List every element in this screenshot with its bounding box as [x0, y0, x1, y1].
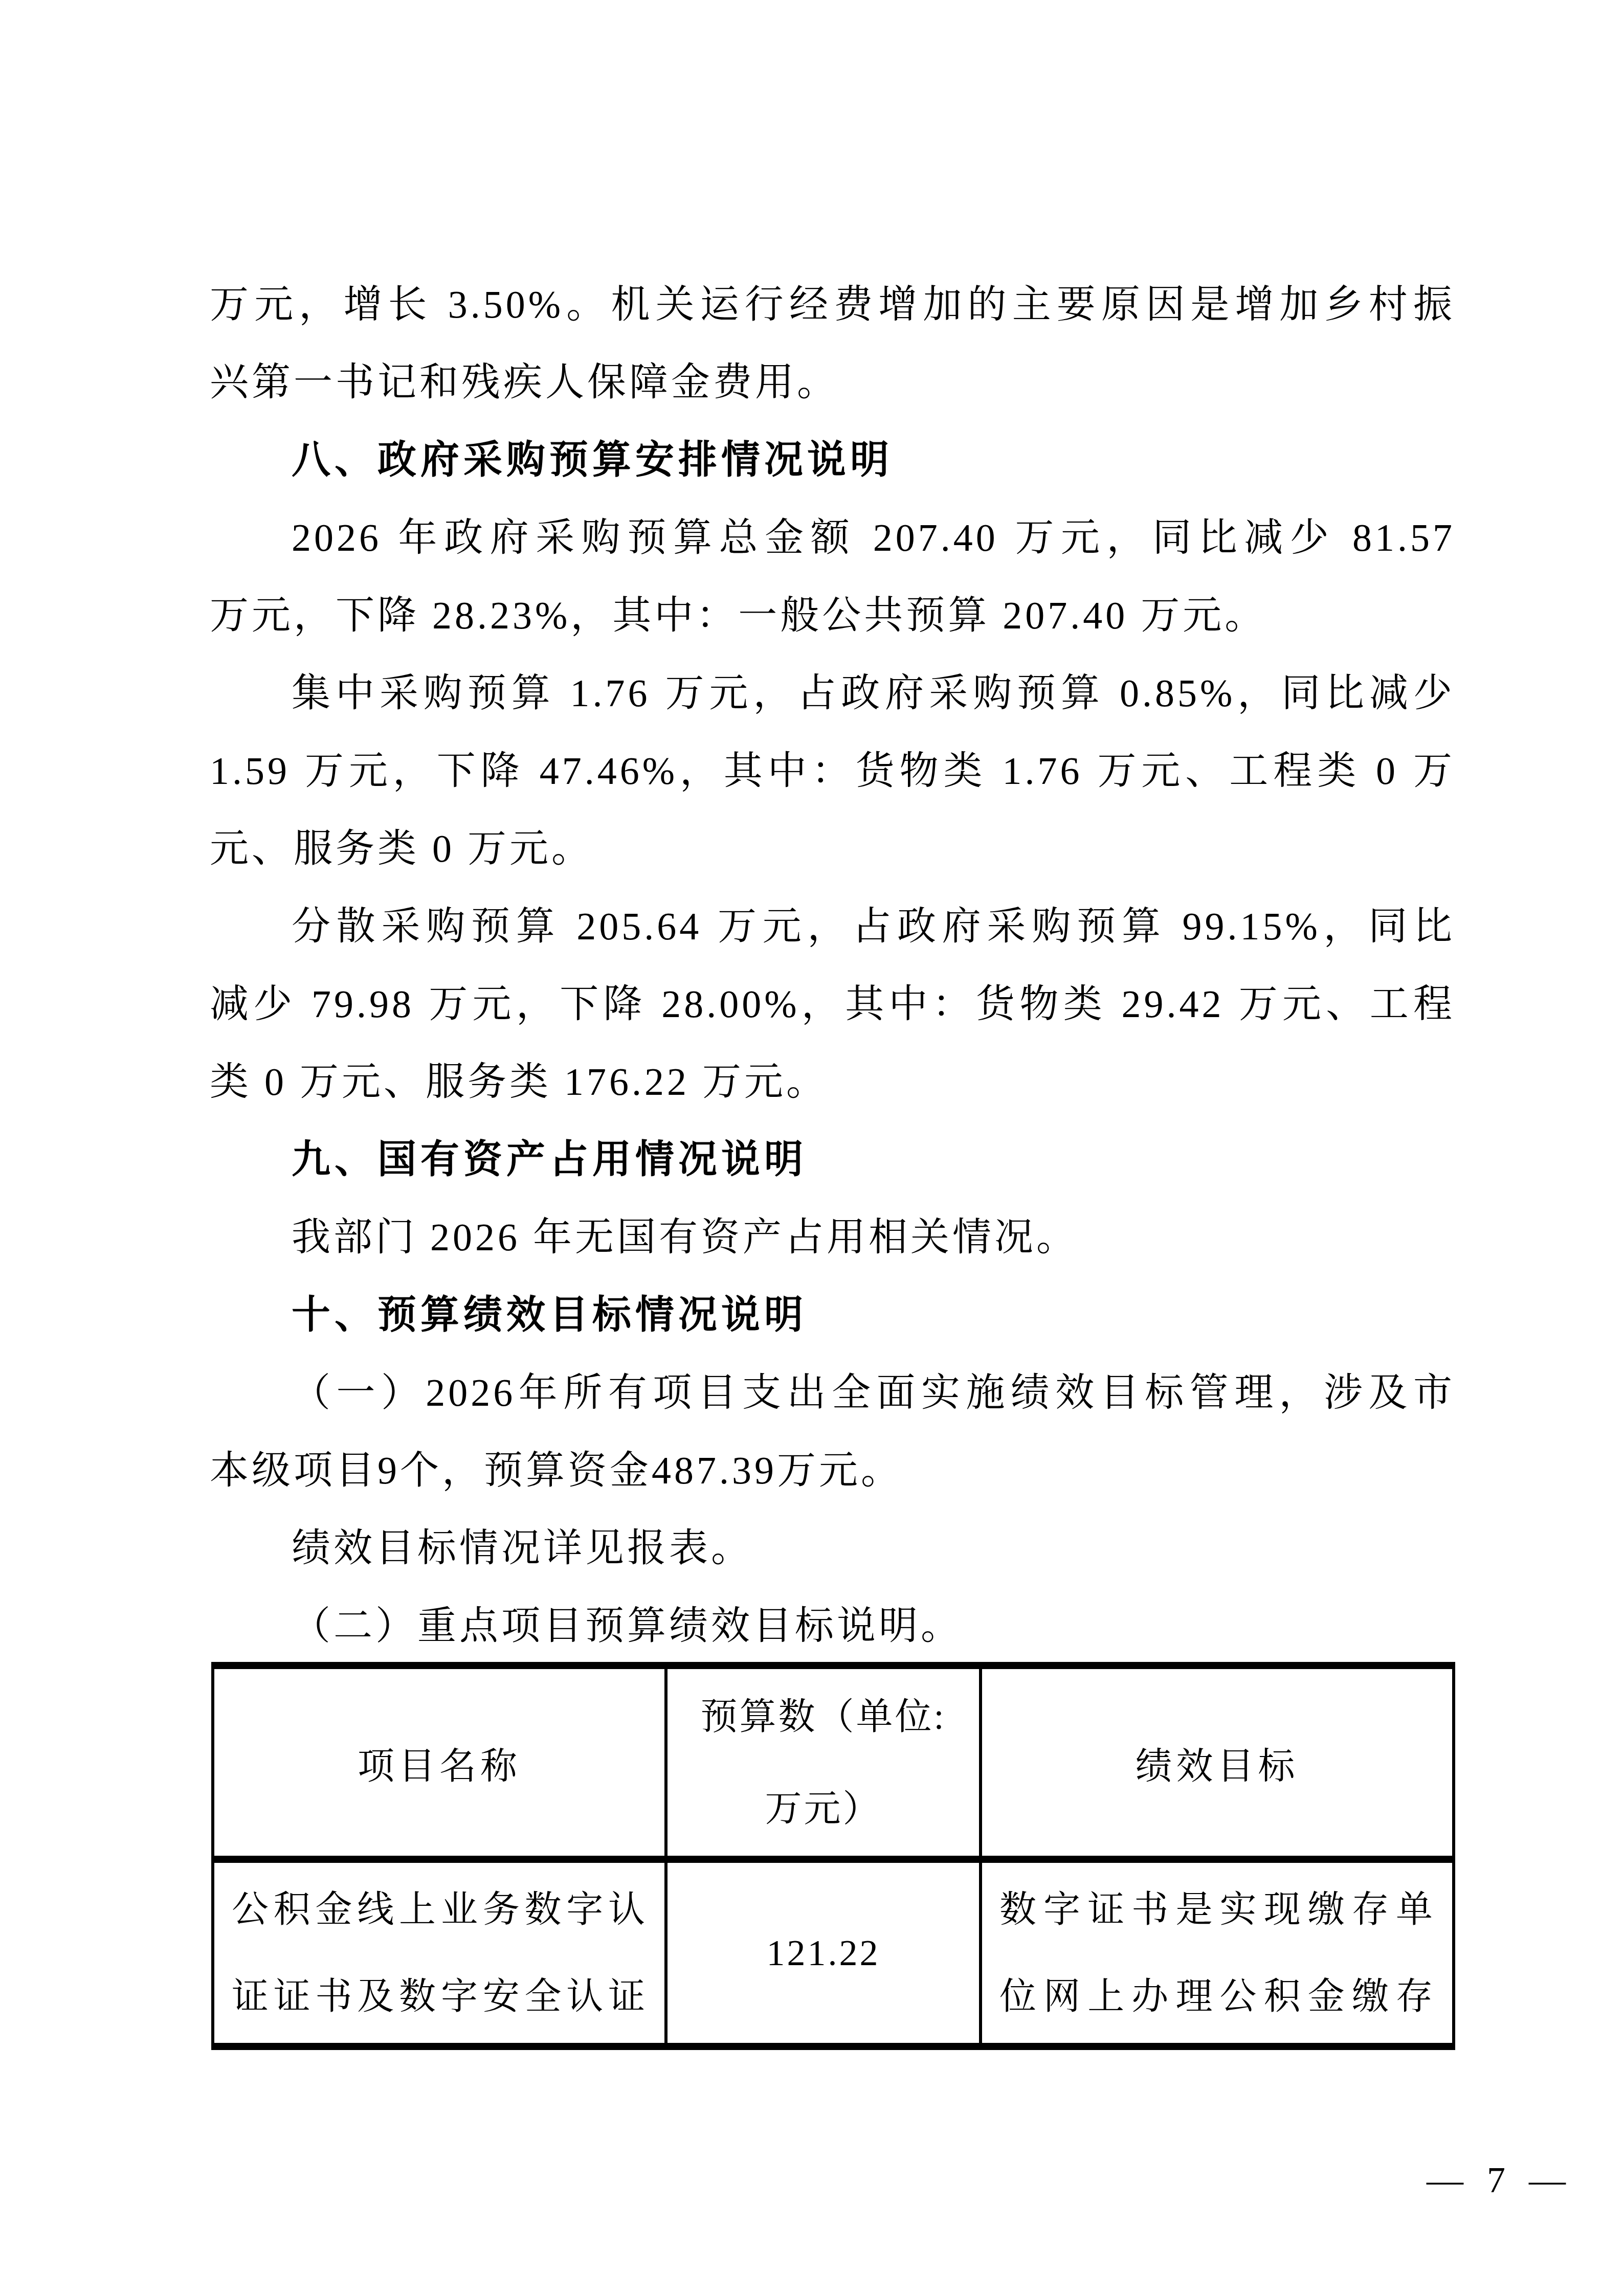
performance-target-table: 项目名称 预算数（单位: 万元） 绩效目标 公积金线上业务数字认 证证书及数字安… [211, 1662, 1455, 2050]
header-cell-target: 绩效目标 [982, 1669, 1452, 1856]
cell-text-line: 数字证书是实现缴存单 [999, 1866, 1435, 1953]
cell-text-line: 证证书及数字安全认证 [232, 1953, 647, 2040]
doc-line: （一）2026年所有项目支出全面实施绩效目标管理，涉及市 [210, 1354, 1455, 1432]
doc-line: 万元，下降 28.23%，其中：一般公共预算 207.40 万元。 [210, 577, 1455, 655]
doc-line: 元、服务类 0 万元。 [210, 810, 1455, 888]
header-label: 绩效目标 [982, 1736, 1452, 1789]
cell-target: 数字证书是实现缴存单 位网上办理公积金缴存 [982, 1863, 1452, 2043]
page-number: — 7 — [1427, 2159, 1573, 2201]
doc-line: 绩效目标情况详见报表。 [210, 1510, 1455, 1587]
table-header-row: 项目名称 预算数（单位: 万元） 绩效目标 [214, 1669, 1452, 1863]
doc-line: 兴第一书记和残疾人保障金费用。 [210, 344, 1455, 421]
header-cell-project-name: 项目名称 [214, 1669, 668, 1856]
budget-value: 121.22 [668, 1932, 979, 1974]
doc-line: 1.59 万元，下降 47.46%，其中：货物类 1.76 万元、工程类 0 万 [210, 732, 1455, 810]
cell-project-name: 公积金线上业务数字认 证证书及数字安全认证 [214, 1863, 668, 2043]
doc-line: 万元，增长 3.50%。机关运行经费增加的主要原因是增加乡村振 [210, 266, 1455, 344]
body-text-block: 万元，增长 3.50%。机关运行经费增加的主要原因是增加乡村振 兴第一书记和残疾… [210, 266, 1455, 1665]
header-cell-budget: 预算数（单位: 万元） [668, 1669, 982, 1856]
doc-line: 本级项目9个，预算资金487.39万元。 [210, 1432, 1455, 1510]
doc-line: 2026 年政府采购预算总金额 207.40 万元，同比减少 81.57 [210, 499, 1455, 577]
section-heading-9: 九、国有资产占用情况说明 [210, 1121, 1455, 1199]
doc-line: 减少 79.98 万元，下降 28.00%，其中：货物类 29.42 万元、工程 [210, 965, 1455, 1043]
header-label: 万元） [668, 1763, 979, 1855]
section-heading-10: 十、预算绩效目标情况说明 [210, 1276, 1455, 1354]
cell-text-line: 位网上办理公积金缴存 [999, 1953, 1435, 2040]
doc-line: 我部门 2026 年无国有资产占用相关情况。 [210, 1199, 1455, 1276]
doc-line: 类 0 万元、服务类 176.22 万元。 [210, 1043, 1455, 1121]
section-heading-8: 八、政府采购预算安排情况说明 [210, 421, 1455, 499]
document-page: 万元，增长 3.50%。机关运行经费增加的主要原因是增加乡村振 兴第一书记和残疾… [0, 0, 1624, 2296]
header-label: 项目名称 [214, 1736, 664, 1789]
header-label: 预算数（单位: [668, 1671, 979, 1763]
cell-text-line: 公积金线上业务数字认 [232, 1866, 647, 1953]
cell-budget: 121.22 [668, 1863, 982, 2043]
doc-line: 分散采购预算 205.64 万元，占政府采购预算 99.15%，同比 [210, 888, 1455, 965]
doc-line: 集中采购预算 1.76 万元，占政府采购预算 0.85%，同比减少 [210, 655, 1455, 732]
doc-line: （二）重点项目预算绩效目标说明。 [210, 1587, 1455, 1665]
table-row: 公积金线上业务数字认 证证书及数字安全认证 121.22 数字证书是实现缴存单 … [214, 1863, 1452, 2043]
